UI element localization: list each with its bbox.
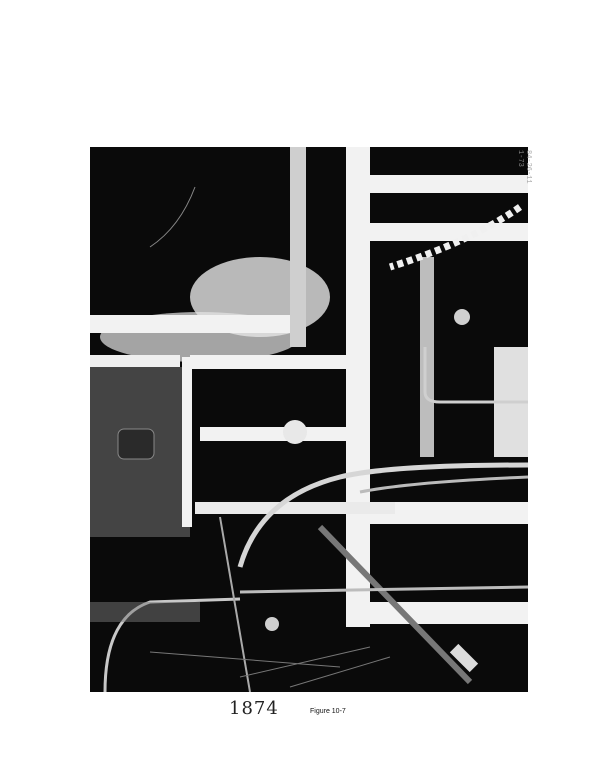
apparatus-photo: [90, 147, 528, 692]
figure-caption: Figure 10-7: [310, 708, 346, 715]
page-number: 1874: [229, 698, 279, 719]
photo-illustration: [90, 147, 528, 692]
archive-stamp: 84-26-11 1-73: [508, 150, 532, 192]
